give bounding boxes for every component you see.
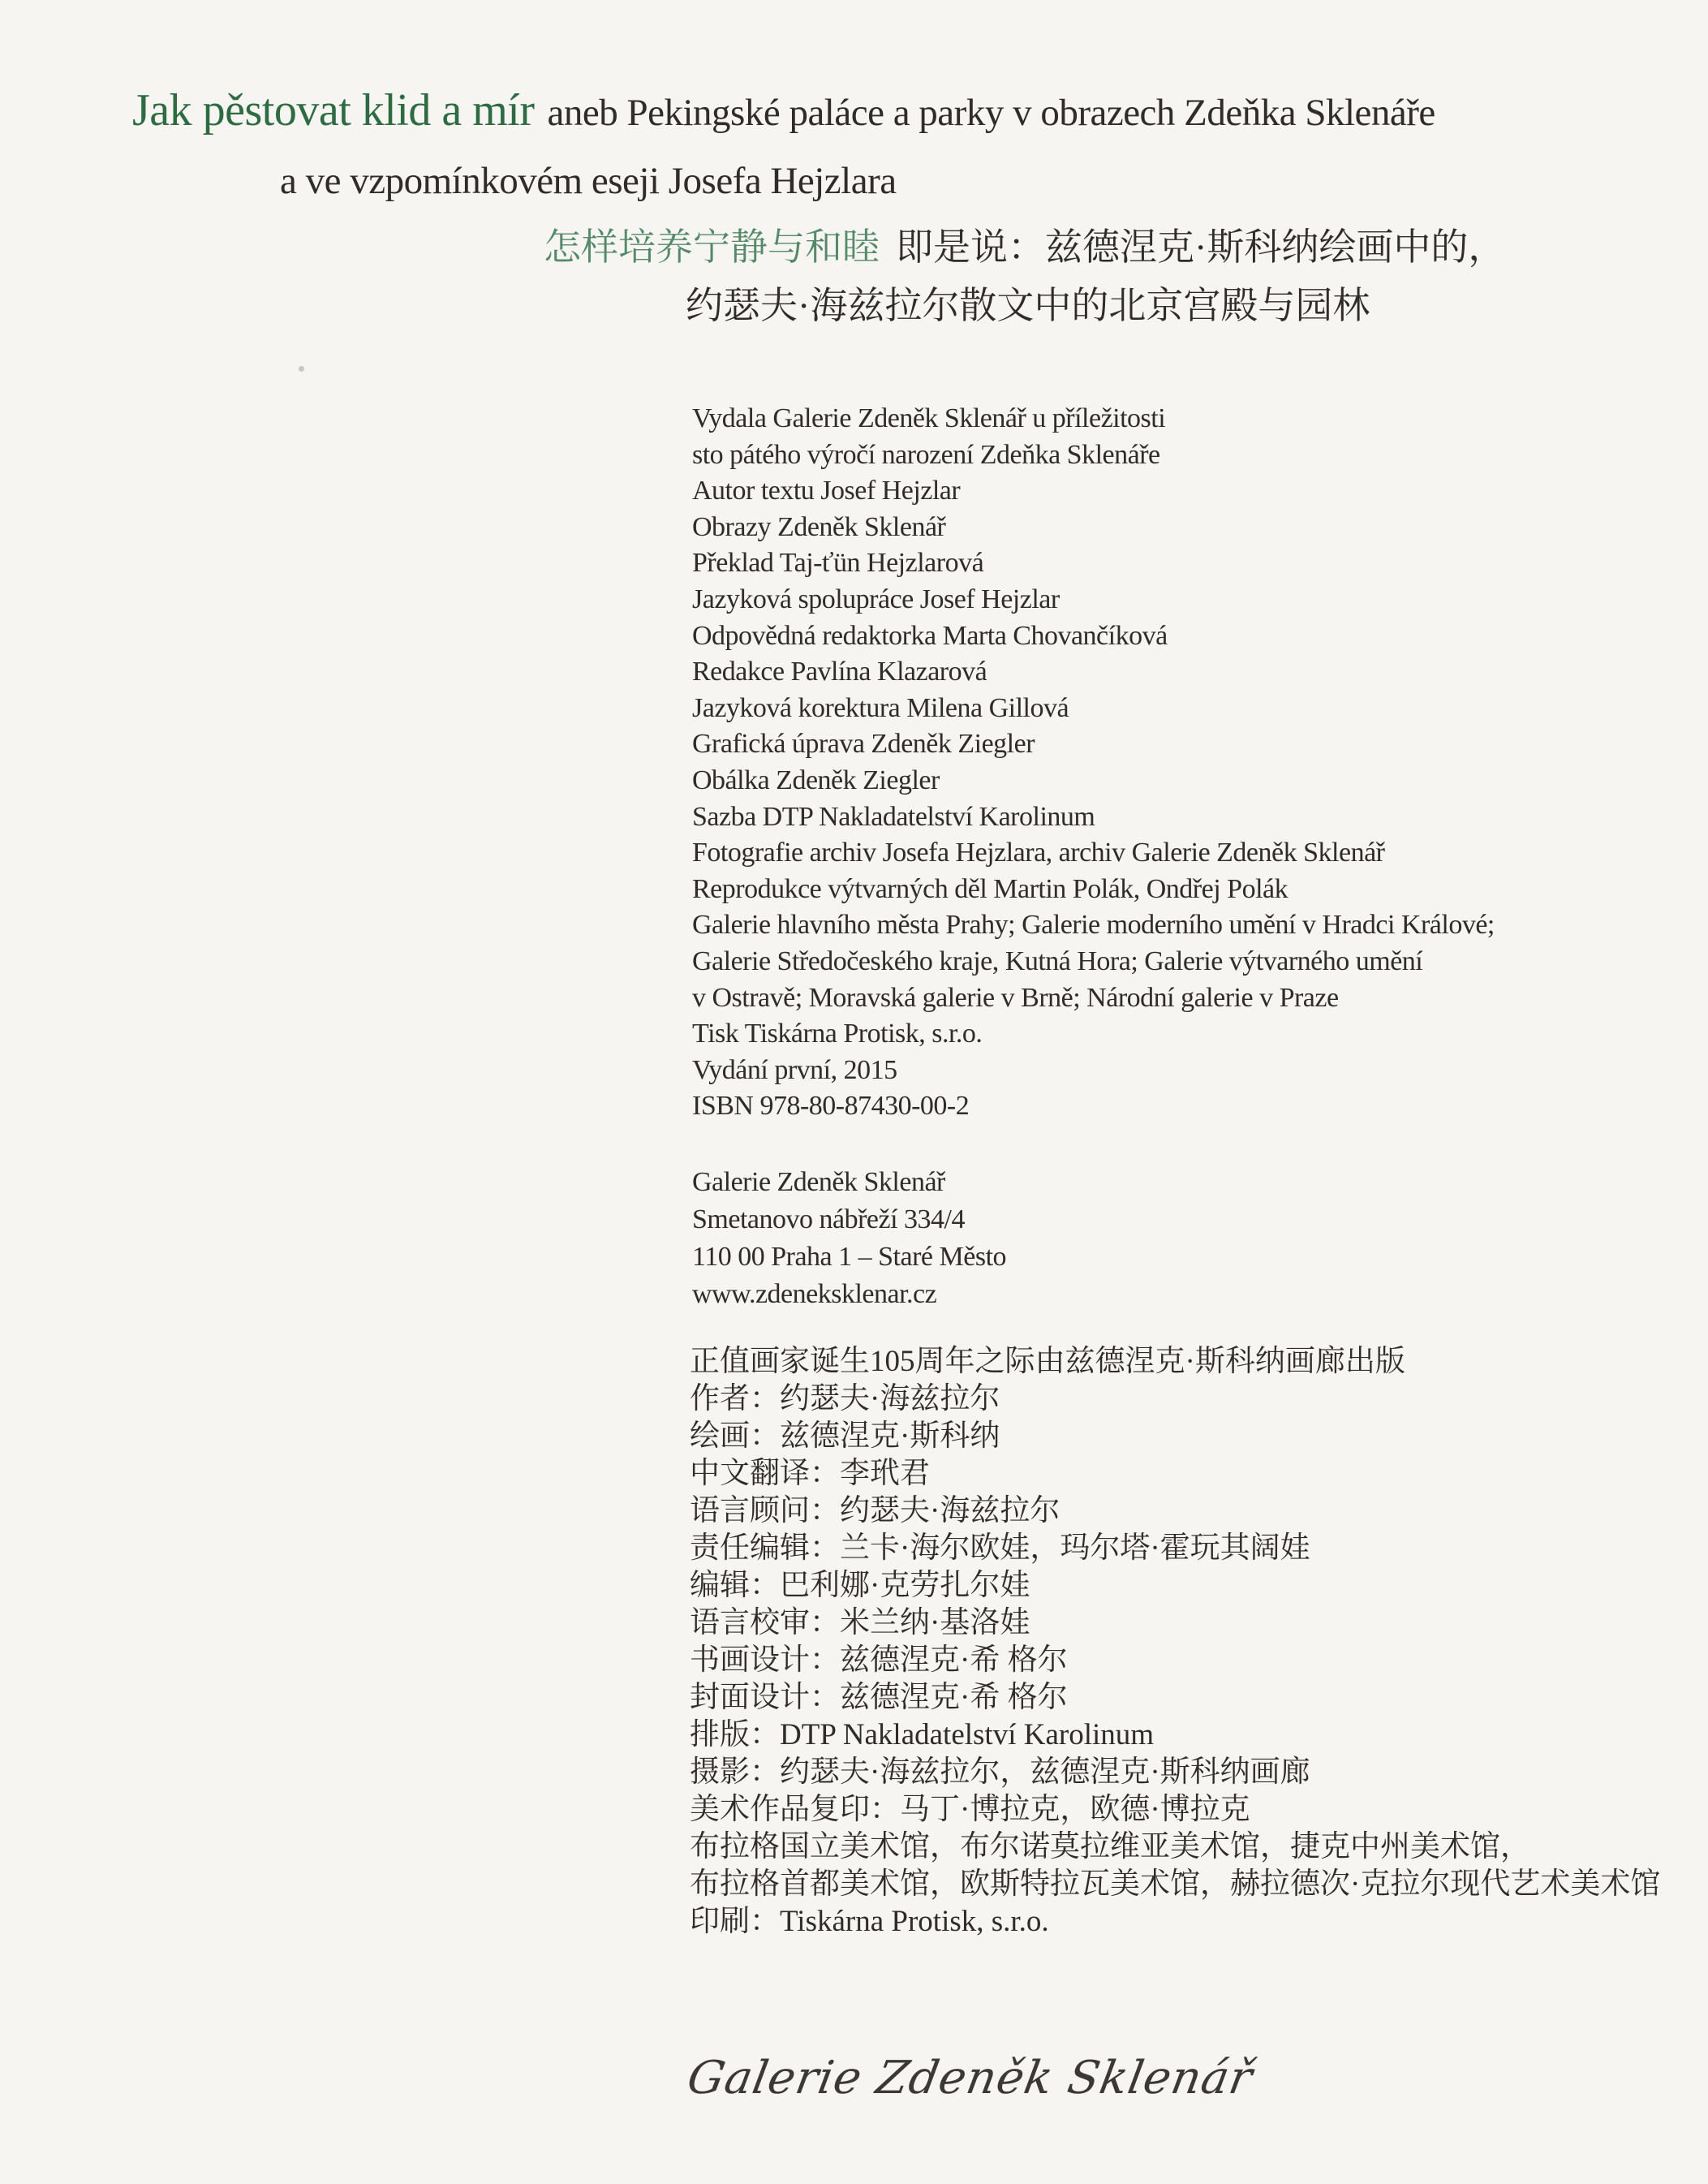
- colophon-zh-line: 责任编辑：兰卡·海尔欧娃，玛尔塔·霍玩其阔娃: [690, 1530, 1660, 1567]
- subtitle-chinese: 约瑟夫·海兹拉尔散文中的北京宫殿与园林: [686, 276, 1370, 330]
- colophon-cs-line: Obálka Zdeněk Ziegler: [692, 763, 1495, 799]
- colophon-cs-line: v Ostravě; Moravská galerie v Brně; Náro…: [692, 980, 1495, 1017]
- colophon-cs-line: Redakce Pavlína Klazarová: [692, 654, 1495, 691]
- colophon-czech-block: Vydala Galerie Zdeněk Sklenář u příležit…: [692, 401, 1495, 1125]
- colophon-zh-line: 摄影：约瑟夫·海兹拉尔，兹德涅克·斯科纳画廊: [690, 1754, 1660, 1791]
- colophon-cs-line: Odpovědná redaktorka Marta Chovančíková: [692, 618, 1495, 655]
- colophon-zh-line: 布拉格首都美术馆，欧斯特拉瓦美术馆，赫拉德次·克拉尔现代艺术美术馆: [690, 1866, 1660, 1903]
- colophon-cs-line: Jazyková korektura Milena Gillová: [692, 691, 1495, 727]
- subtitle-czech: a ve vzpomínkovém eseji Josefa Hejzlara: [280, 159, 897, 203]
- colophon-zh-line: 排版：DTP Nakladatelství Karolinum: [690, 1717, 1660, 1754]
- title-line-czech: Jak pěstovat klid a míraneb Pekingské pa…: [132, 84, 1435, 136]
- colophon-cs-line: ISBN 978-80-87430-00-2: [692, 1088, 1495, 1125]
- colophon-cs-line: Grafická úprava Zdeněk Ziegler: [692, 726, 1495, 763]
- colophon-cs-line: Obrazy Zdeněk Sklenář: [692, 510, 1495, 546]
- scan-speck: [299, 366, 304, 372]
- colophon-zh-line: 语言校审：米兰纳·基洛娃: [690, 1605, 1660, 1642]
- title-chinese-green: 怎样培养宁静与和睦: [544, 226, 880, 268]
- gallery-city: 110 00 Praha 1 – Staré Město: [692, 1238, 1006, 1276]
- colophon-cs-line: Reprodukce výtvarných děl Martin Polák, …: [692, 872, 1495, 908]
- title-chinese-black: 即是说：兹德涅克·斯科纳绘画中的，: [896, 226, 1505, 268]
- colophon-cs-line: Tisk Tiskárna Protisk, s.r.o.: [692, 1016, 1495, 1053]
- gallery-script-logo: Galerie Zdeněk Sklenář: [683, 2052, 1257, 2104]
- colophon-cs-line: Překlad Taj-ťün Hejzlarová: [692, 545, 1495, 582]
- colophon-zh-line: 印刷：Tiskárna Protisk, s.r.o.: [690, 1903, 1660, 1941]
- colophon-chinese-block: 正值画家诞生105周年之际由兹德涅克·斯科纳画廊出版 作者：约瑟夫·海兹拉尔 绘…: [690, 1343, 1660, 1941]
- colophon-cs-line: Galerie hlavního města Prahy; Galerie mo…: [692, 907, 1495, 944]
- colophon-page: Jak pěstovat klid a míraneb Pekingské pa…: [0, 0, 1708, 2184]
- colophon-zh-line: 书画设计：兹德涅克·希 格尔: [690, 1642, 1660, 1679]
- colophon-cs-line: Fotografie archiv Josefa Hejzlara, archi…: [692, 835, 1495, 872]
- gallery-street: Smetanovo nábřeží 334/4: [692, 1201, 1006, 1238]
- title-czech-black: aneb Pekingské paláce a parky v obrazech…: [548, 92, 1435, 134]
- colophon-cs-line: Galerie Středočeského kraje, Kutná Hora;…: [692, 944, 1495, 980]
- colophon-zh-line: 作者：约瑟夫·海兹拉尔: [690, 1381, 1660, 1418]
- colophon-zh-line: 绘画：兹德涅克·斯科纳: [690, 1418, 1660, 1455]
- colophon-zh-line: 封面设计：兹德涅克·希 格尔: [690, 1679, 1660, 1717]
- title-line-chinese: 怎样培养宁静与和睦即是说：兹德涅克·斯科纳绘画中的，: [544, 218, 1505, 271]
- gallery-address-block: Galerie Zdeněk Sklenář Smetanovo nábřeží…: [692, 1164, 1006, 1313]
- colophon-cs-line: Jazyková spolupráce Josef Hejzlar: [692, 582, 1495, 618]
- colophon-zh-line: 语言顾问：约瑟夫·海兹拉尔: [690, 1493, 1660, 1530]
- colophon-zh-line: 中文翻译：李玳君: [690, 1455, 1660, 1493]
- gallery-name: Galerie Zdeněk Sklenář: [692, 1164, 1006, 1201]
- colophon-cs-line: Autor textu Josef Hejzlar: [692, 473, 1495, 510]
- colophon-cs-line: Sazba DTP Nakladatelství Karolinum: [692, 799, 1495, 836]
- colophon-zh-line: 正值画家诞生105周年之际由兹德涅克·斯科纳画廊出版: [690, 1343, 1660, 1381]
- colophon-zh-line: 布拉格国立美术馆，布尔诺莫拉维亚美术馆，捷克中州美术馆，: [690, 1829, 1660, 1866]
- colophon-zh-line: 美术作品复印：马丁·博拉克，欧德·博拉克: [690, 1791, 1660, 1829]
- title-czech-green: Jak pěstovat klid a mír: [132, 85, 535, 136]
- colophon-cs-line: Vydání první, 2015: [692, 1053, 1495, 1089]
- colophon-zh-line: 编辑：巴利娜·克劳扎尔娃: [690, 1567, 1660, 1605]
- gallery-website: www.zdeneksklenar.cz: [692, 1276, 1006, 1313]
- colophon-cs-line: sto pátého výročí narození Zdeňka Sklená…: [692, 437, 1495, 474]
- colophon-cs-line: Vydala Galerie Zdeněk Sklenář u příležit…: [692, 401, 1495, 437]
